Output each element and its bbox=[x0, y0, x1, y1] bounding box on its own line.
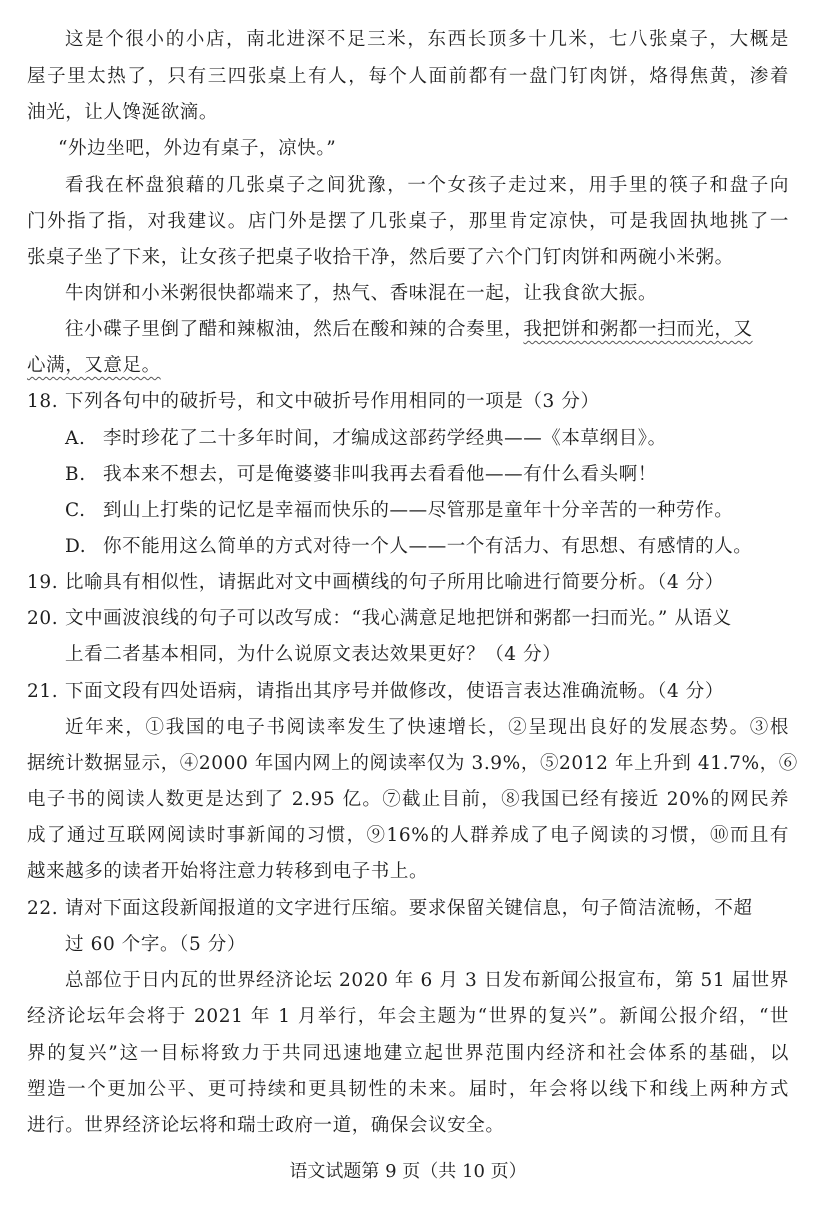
passage-p5-line1: 往小碟子里倒了醋和辣椒油，然后在酸和辣的合奏里，我把饼和粥都一扫而光，又 bbox=[65, 318, 789, 342]
passage-p1-line3: 油光，让人馋涎欲滴。 bbox=[27, 101, 789, 125]
q22-passage-line5: 进行。世界经济论坛将和瑞士政府一道，确保会议安全。 bbox=[27, 1114, 789, 1138]
question-20-cont: 上看二者基本相同，为什么说原文表达效果更好？（4 分） bbox=[65, 643, 816, 667]
option-text: 李时珍花了二十多年时间，才编成这部药学经典——《本草纲目》。 bbox=[103, 428, 667, 449]
passage-p4-line1: 牛肉饼和小米粥很快都端来了，热气、香味混在一起，让我食欲大振。 bbox=[65, 282, 789, 306]
q22-passage-line4: 塑造一个更加公平、更可持续和更具韧性的未来。届时，年会将以线下和线上两种方式 bbox=[27, 1078, 789, 1102]
q22-passage-line1: 总部位于日内瓦的世界经济论坛 2020 年 6 月 3 日发布新闻公报宣布，第 … bbox=[65, 969, 789, 993]
option-a: A.李时珍花了二十多年时间，才编成这部药学经典——《本草纲目》。 bbox=[65, 427, 816, 451]
option-letter: C. bbox=[65, 499, 103, 523]
question-stem: 请对下面这段新闻报道的文字进行压缩。要求保留关键信息，句子简洁流畅，不超 bbox=[65, 898, 753, 919]
option-text: 到山上打柴的记忆是幸福而快乐的——尽管那是童年十分辛苦的一种劳作。 bbox=[103, 500, 733, 521]
option-letter: D. bbox=[65, 535, 103, 559]
exam-page: 这是个很小的小店，南北进深不足三米，东西长顶多十几米，七八张桌子，大概是 屋子里… bbox=[0, 0, 816, 1226]
wavy-underlined-sentence-cont: 心满，又意足。 bbox=[27, 355, 161, 376]
option-letter: A. bbox=[65, 427, 103, 451]
q21-passage-line2: 据统计数据显示，④2000 年国内网上的阅读率仅为 3.9%，⑤2012 年上升… bbox=[27, 752, 789, 776]
question-number: 19. bbox=[27, 571, 65, 595]
question-18: 18.下列各句中的破折号，和文中破折号作用相同的一项是（3 分） bbox=[27, 390, 789, 414]
question-21: 21.下面文段有四处语病，请指出其序号并做修改，使语言表达准确流畅。（4 分） bbox=[27, 680, 789, 704]
question-20: 20.文中画波浪线的句子可以改写成：“我心满意足地把饼和粥都一扫而光。” 从语义 bbox=[27, 607, 789, 631]
q21-passage-line1: 近年来，①我国的电子书阅读率发生了快速增长，②呈现出良好的发展态势。③根 bbox=[65, 716, 789, 740]
passage-p3-line1: 看我在杯盘狼藉的几张桌子之间犹豫，一个女孩子走过来，用手里的筷子和盘子向 bbox=[65, 174, 789, 198]
option-d: D.你不能用这么简单的方式对待一个人——一个有活力、有思想、有感情的人。 bbox=[65, 535, 816, 559]
question-22-cont: 过 60 个字。（5 分） bbox=[65, 933, 816, 957]
question-number: 21. bbox=[27, 680, 65, 704]
question-stem: 下列各句中的破折号，和文中破折号作用相同的一项是（3 分） bbox=[65, 391, 600, 412]
passage-p3-line3: 张桌子坐了下来，让女孩子把桌子收拾干净，然后要了六个门钉肉饼和两碗小米粥。 bbox=[27, 246, 789, 270]
question-number: 18. bbox=[27, 390, 65, 414]
question-19: 19.比喻具有相似性，请据此对文中画横线的句子所用比喻进行简要分析。（4 分） bbox=[27, 571, 789, 595]
question-22: 22.请对下面这段新闻报道的文字进行压缩。要求保留关键信息，句子简洁流畅，不超 bbox=[27, 897, 789, 921]
passage-p2-line1: “外边坐吧，外边有桌子，凉快。” bbox=[58, 137, 782, 161]
q21-passage-line3: 电子书的阅读人数更是达到了 2.95 亿。⑦截止目前，⑧我国已经有接近 20%的… bbox=[27, 788, 789, 812]
q22-passage-line2: 经济论坛年会将于 2021 年 1 月举行，年会主题为“世界的复兴”。新闻公报介… bbox=[27, 1005, 789, 1029]
question-number: 20. bbox=[27, 607, 65, 631]
option-text: 我本来不想去，可是俺婆婆非叫我再去看看他——有什么看头啊！ bbox=[103, 464, 657, 485]
option-b: B.我本来不想去，可是俺婆婆非叫我再去看看他——有什么看头啊！ bbox=[65, 463, 816, 487]
q21-passage-line4: 成了通过互联网阅读时事新闻的习惯，⑨16%的人群养成了电子阅读的习惯，⑩而且有 bbox=[27, 824, 789, 848]
option-text: 你不能用这么简单的方式对待一个人——一个有活力、有思想、有感情的人。 bbox=[103, 536, 752, 557]
passage-p5-line2: 心满，又意足。 bbox=[27, 354, 789, 378]
wavy-underlined-sentence: 我把饼和粥都一扫而光，又 bbox=[523, 319, 752, 340]
option-letter: B. bbox=[65, 463, 103, 487]
question-stem: 比喻具有相似性，请据此对文中画横线的句子所用比喻进行简要分析。（4 分） bbox=[65, 572, 724, 593]
q21-passage-line5: 越来越多的读者开始将注意力转移到电子书上。 bbox=[27, 860, 789, 884]
passage-p3-line2: 门外指了指，对我建议。店门外是摆了几张桌子，那里肯定凉快，可是我固执地挑了一 bbox=[27, 210, 789, 234]
question-number: 22. bbox=[27, 897, 65, 921]
passage-p1-line1: 这是个很小的小店，南北进深不足三米，东西长顶多十几米，七八张桌子，大概是 bbox=[65, 28, 789, 52]
question-stem: 下面文段有四处语病，请指出其序号并做修改，使语言表达准确流畅。（4 分） bbox=[65, 681, 724, 702]
passage-p5-plain: 往小碟子里倒了醋和辣椒油，然后在酸和辣的合奏里， bbox=[65, 319, 523, 340]
option-c: C.到山上打柴的记忆是幸福而快乐的——尽管那是童年十分辛苦的一种劳作。 bbox=[65, 499, 816, 523]
passage-p1-line2: 屋子里太热了，只有三四张桌上有人，每个人面前都有一盘门钉肉饼，烙得焦黄，渗着 bbox=[27, 65, 789, 89]
question-stem: 文中画波浪线的句子可以改写成：“我心满意足地把饼和粥都一扫而光。” 从语义 bbox=[65, 608, 732, 629]
q22-passage-line3: 界的复兴”这一目标将致力于共同迅速地建立起世界范围内经济和社会体系的基础，以 bbox=[27, 1042, 789, 1066]
page-footer: 语文试题第 9 页（共 10 页） bbox=[0, 1160, 816, 1184]
